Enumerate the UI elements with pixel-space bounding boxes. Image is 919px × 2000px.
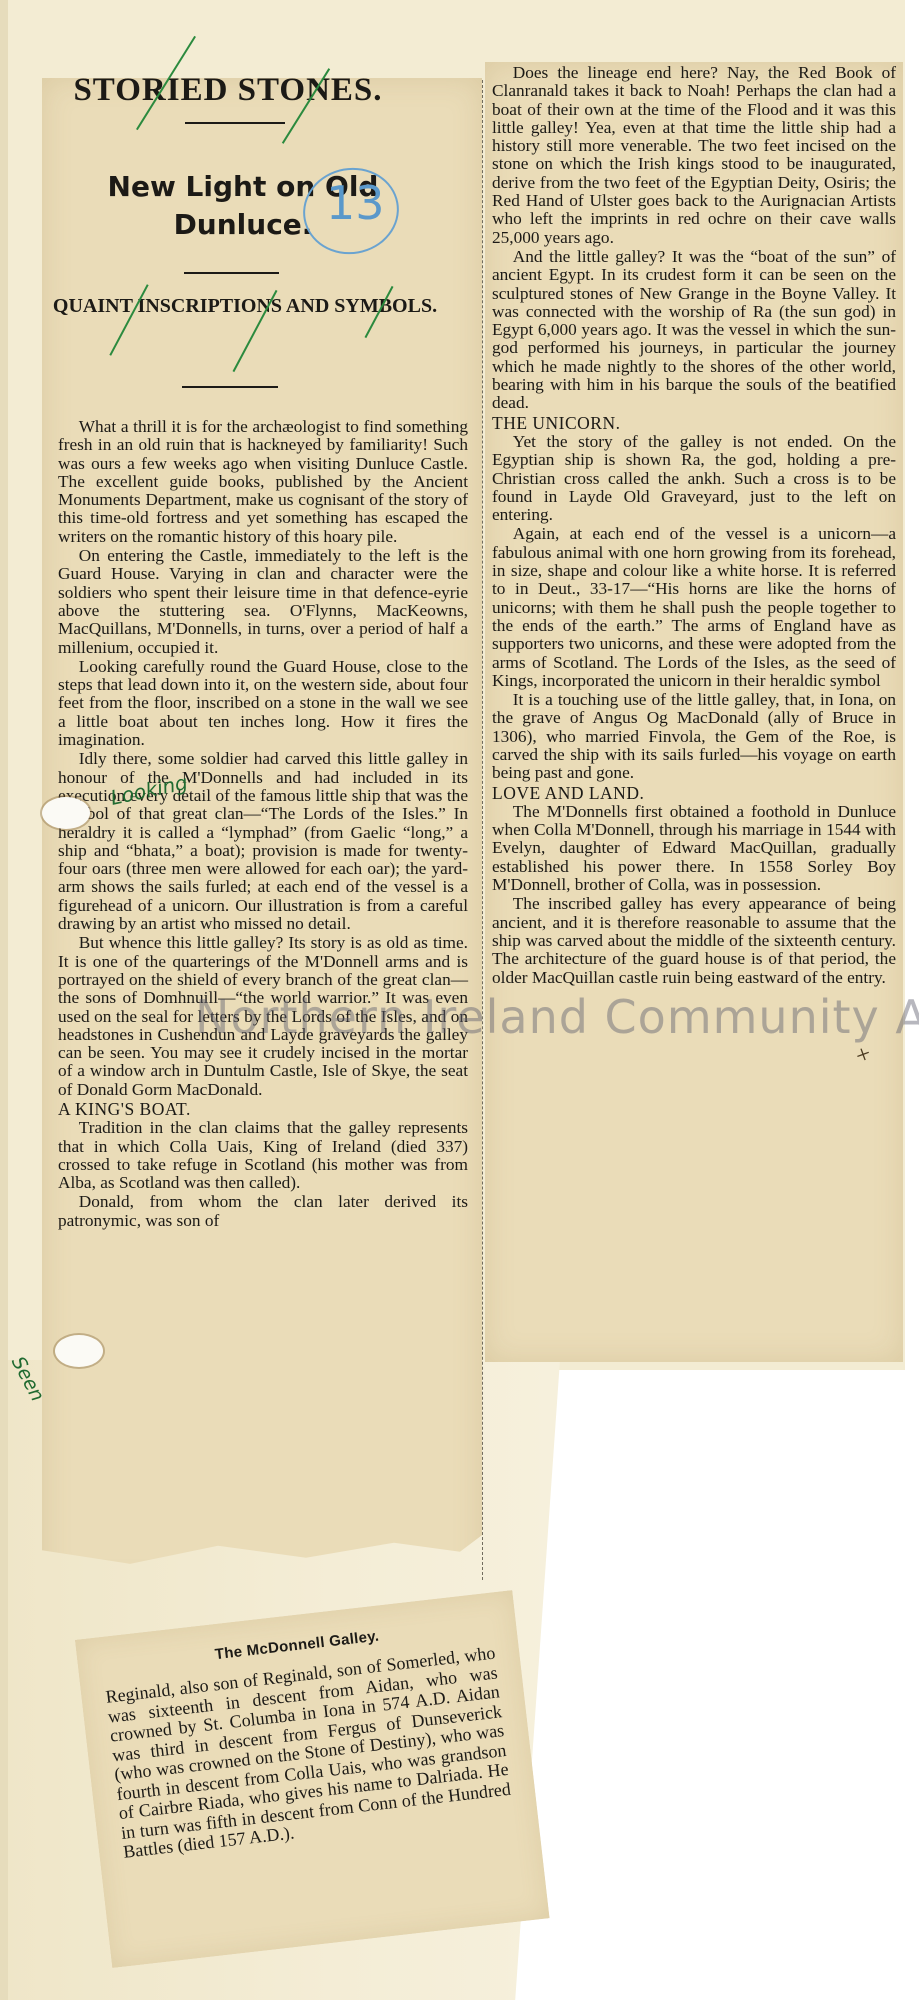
archive-watermark: Northern Ireland Community Archive [195,990,919,1044]
backing-edge [0,0,8,2000]
paragraph: Idly there, some soldier had carved this… [58,750,468,933]
caption-body: Reginald, also son of Reginald, son of S… [105,1644,514,1863]
paragraph: It is a touching use of the little galle… [492,691,896,782]
headline: STORIED STONES. [58,72,398,109]
paragraph: Donald, from whom the clan later derived… [58,1193,468,1230]
paragraph: Yet the story of the galley is not ended… [492,433,896,524]
paragraph: Does the lineage end here? Nay, the Red … [492,64,896,247]
kicker-rule [182,386,278,388]
section-heading-unicorn: THE UNICORN. [492,414,896,432]
paragraph: Looking carefully round the Guard House,… [58,658,468,749]
paragraph: On entering the Castle, immediately to t… [58,547,468,657]
paragraph: Tradition in the clan claims that the ga… [58,1119,468,1192]
column-rule [482,80,484,1580]
circled-number: 13 [326,176,385,230]
paragraph: Again, at each end of the vessel is a un… [492,525,896,690]
paragraph: And the little galley? It was the “boat … [492,248,896,413]
caption-clipping: The McDonnell Galley. Reginald, also son… [75,1590,550,1968]
paragraph: The M'Donnells first obtained a foothold… [492,803,896,894]
paragraph: What a thrill it is for the archæologist… [58,418,468,546]
subheadline-rule [184,272,279,274]
section-heading-love-and-land: LOVE AND LAND. [492,784,896,802]
punch-hole [42,797,90,829]
headline-rule [185,122,285,124]
section-heading-kings-boat: A KING'S BOAT. [58,1100,468,1118]
punch-hole [55,1335,103,1367]
paragraph: The inscribed galley has every appearanc… [492,895,896,986]
article-right-column: Does the lineage end here? Nay, the Red … [492,64,896,987]
article-left-column: What a thrill it is for the archæologist… [58,418,468,1230]
